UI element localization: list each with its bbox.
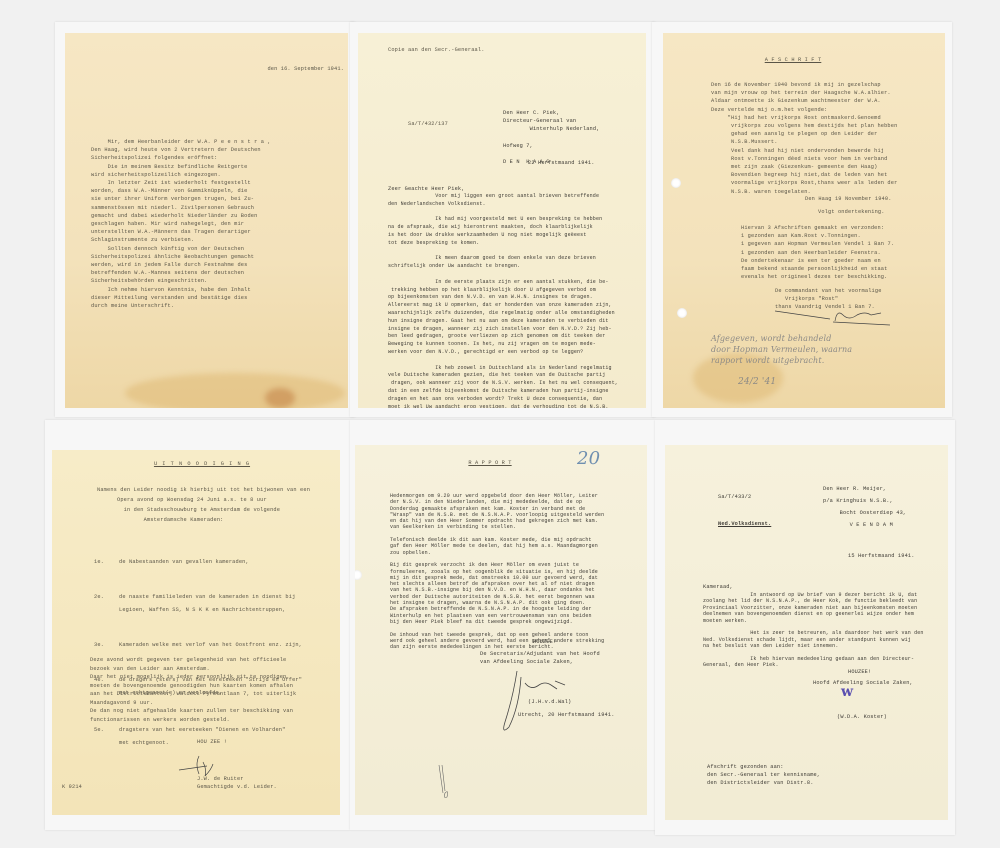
document-rapport: R A P P O R T 20 Hedenmorgen om 9.20 uur… bbox=[355, 445, 647, 815]
document-afschrift: A F S C H R I F T Den 16 de November 194… bbox=[663, 33, 945, 408]
document-body: In antwoord op Uw brief van 9 dezer beri… bbox=[703, 592, 948, 669]
document-greeting: HOU ZEE ! bbox=[197, 738, 227, 746]
document-date: 15 Herfstmaand 1941. bbox=[848, 552, 915, 560]
document-reference: Sa/T/432/137 bbox=[408, 120, 448, 128]
document-title: U I T N O O D I G I N G bbox=[112, 460, 292, 468]
document-copies: Afschrift gezonden aan: den Secr.-Genera… bbox=[707, 763, 820, 788]
document-body: Mir, dem Heerbanleider der W.A. P e e n … bbox=[91, 138, 348, 310]
list-item: 3e.Kameraden welke met verlof van het Oo… bbox=[94, 641, 339, 649]
document-address: Den Heer R. Meijer, p/a Kringhuis N.S.B.… bbox=[823, 483, 906, 531]
document-letter-meijer: Sa/T/433/2 Ned.Volksdienst. Den Heer R. … bbox=[665, 445, 948, 820]
signature bbox=[775, 307, 895, 327]
document-header: Copie aan den Secr.-Generaal. bbox=[388, 46, 485, 54]
document-body: Den 16 de November 1940 bevond ik mij in… bbox=[711, 81, 945, 196]
document-follows: Volgt ondertekening. bbox=[818, 208, 885, 216]
document-salutation: Kameraad, bbox=[703, 583, 733, 591]
list-item: 1e.de Nabestaanden van gevallen kamerade… bbox=[94, 558, 339, 566]
document-place-date: Utrecht, 20 Herfstmaand 1941. bbox=[518, 711, 615, 719]
document-place-date: Den Haag 19 November 1940. bbox=[805, 195, 892, 203]
document-copies: Hiervan 3 Afschriften gemaakt en verzond… bbox=[741, 224, 945, 281]
list-item: 2e.de naaste familieleden van de kamerad… bbox=[94, 591, 339, 617]
document-body: Deze avond wordt gegeven ter gelegenheid… bbox=[90, 656, 340, 724]
document-address: Den Heer C. Piek, Directeur-Generaal van… bbox=[503, 109, 600, 166]
handwritten-page-number: 20 bbox=[577, 453, 600, 464]
handwritten-note: Afgegeven, wordt behandeld door Hopman V… bbox=[711, 333, 852, 366]
document-title: A F S C H R I F T bbox=[738, 56, 848, 64]
document-title: R A P P O R T bbox=[445, 459, 535, 467]
punch-hole bbox=[671, 178, 681, 188]
document-signer: (J.H.v.d.Wal) bbox=[528, 698, 571, 706]
initial-mark bbox=[435, 763, 455, 803]
document-signoff: De Secretaris/Adjudant van het Hoofd van… bbox=[480, 650, 600, 666]
document-reference: Sa/T/433/2 bbox=[718, 493, 751, 501]
document-department: Ned.Volksdienst. bbox=[718, 520, 771, 528]
document-signer: J.W. de Ruiter Gemachtigde v.d. Leider. bbox=[197, 775, 277, 791]
ink-initials-stamp: ᴡ bbox=[841, 688, 853, 696]
document-date: den 16. September 1941. bbox=[267, 65, 344, 73]
document-code: K 9214 bbox=[62, 783, 82, 791]
document-body: Hedenmorgen om 9.20 uur werd opgebeld do… bbox=[390, 493, 647, 650]
document-letter-piek: Copie aan den Secr.-Generaal. Sa/T/432/1… bbox=[358, 33, 646, 408]
invitation-list: 1e.de Nabestaanden van gevallen kamerade… bbox=[94, 542, 339, 767]
handwritten-date: 24/2 '41 bbox=[738, 377, 776, 388]
document-statement-1941: den 16. September 1941. Mir, dem Heerban… bbox=[65, 33, 348, 408]
punch-hole bbox=[355, 570, 362, 580]
document-intro: Namens den Leider noodig ik hierbij uit … bbox=[97, 485, 337, 525]
document-signoff: Hoofd Afdeeling Sociale Zaken, bbox=[813, 679, 913, 687]
document-greeting: HOUZEE! bbox=[848, 668, 871, 676]
document-body: Voor mij liggen een groot aantal brieven… bbox=[388, 193, 646, 408]
punch-hole bbox=[677, 308, 687, 318]
document-signer: (W.D.A. Koster) bbox=[837, 713, 887, 721]
document-uitnoodiging: U I T N O O D I G I N G Namens den Leide… bbox=[52, 450, 340, 815]
document-salutation: Zeer Geachte Heer Piek, bbox=[388, 185, 465, 193]
document-date: 22 Herfstmaand 1941. bbox=[528, 159, 595, 167]
document-greeting: HOUZEE! bbox=[533, 638, 556, 646]
